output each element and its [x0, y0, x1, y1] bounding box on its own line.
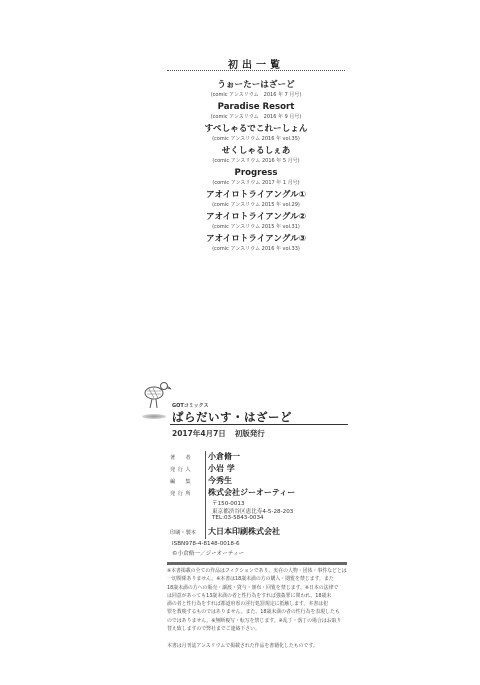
imprint-label: GOTコミックス [172, 402, 209, 409]
publication-date: 2017年4月7日初版発行 [172, 428, 265, 439]
credit-row-publisher-person: 発行人 小岩 学 [170, 463, 350, 475]
title-rule [170, 424, 348, 425]
legal-notice: ※本書掲載の全ての作品はフィクションであり、実在の人物・団体・事件などとは 一切… [167, 567, 349, 633]
toc-entry-title: せくしゃるしぇあ [167, 146, 345, 157]
notice-line: のではありません。※無断複写・転写を禁じます。※乱丁・落丁の場合はお取り [167, 617, 349, 625]
credit-label: 発行人 [170, 466, 202, 473]
credit-label: 印刷・製本 [170, 529, 202, 536]
toc-entry-title: うぉーたーはざーど [167, 80, 345, 91]
credit-row-editor: 編 集 今秀生 [170, 475, 350, 487]
credit-label: 著 者 [170, 454, 202, 461]
dotted-divider [167, 70, 345, 71]
toc-entry-source: (comic アンスリウム 2017 年 1 月号) [167, 179, 345, 187]
credit-row-publisher: 発行所 株式会社ジーオーティー [170, 487, 350, 499]
toc-entry: アオイロトライアングル③ (comic アンスリウム 2016 年 vol.33… [167, 234, 345, 253]
date: 2017年4月7日 [172, 429, 226, 438]
credit-row-author: 著 者 小倉脩一 [170, 451, 350, 463]
toc-entry-title: アオイロトライアングル③ [167, 234, 345, 245]
publication-note: 本書は月刊誌アンスリウムで掲載された作品を書籍化したものです。 [167, 642, 318, 649]
phone: TEL:03-5843-0034 [212, 515, 264, 521]
bird-mascot-icon [142, 380, 172, 410]
credit-value: 小岩 学 [208, 463, 235, 474]
toc-entry-title: すぺしゃるでこれーしょん [167, 124, 345, 135]
toc-entry-source: (comic アンスリウム 2015 年 vol.31) [167, 223, 345, 231]
credit-row-printer: 印刷・製本 大日本印刷株式会社 [170, 526, 350, 538]
toc-entry: アオイロトライアングル② (comic アンスリウム 2015 年 vol.31… [167, 212, 345, 231]
credit-value: 今秀生 [208, 475, 232, 486]
notice-line: 満の者と性行為をすれば都道府県の淫行処罰規定に抵触します。本書は犯 [167, 600, 349, 608]
postal-code: 〒150-0013 [212, 499, 245, 507]
notice-line: ※本書掲載の全ての作品はフィクションであり、実在の人物・団体・事件などとは [167, 567, 349, 575]
credit-value: 小倉脩一 [208, 451, 240, 462]
toc-entry-source: (comic アンスリウム 2016 年 5 月号) [167, 157, 345, 165]
toc-entry: Paradise Resort (comic アンスリウム 2016 年 9 月… [167, 102, 345, 121]
book-title: ぱらだいす・はざーど [172, 409, 292, 425]
toc-entry-title: アオイロトライアングル① [167, 190, 345, 201]
toc-entry: せくしゃるしぇあ (comic アンスリウム 2016 年 5 月号) [167, 146, 345, 165]
toc-entry-source: (comic アンスリウム 2016 年 7 月号) [167, 91, 345, 99]
credit-value: 株式会社ジーオーティー [208, 487, 295, 498]
toc-entry-title: アオイロトライアングル② [167, 212, 345, 223]
toc-entry: アオイロトライアングル① (comic アンスリウム 2015 年 vol.29… [167, 190, 345, 209]
toc-entry-source: (comic アンスリウム 2015 年 vol.29) [167, 201, 345, 209]
toc-entry: Progress (comic アンスリウム 2017 年 1 月号) [167, 168, 345, 187]
toc-entry: うぉーたーはざーど (comic アンスリウム 2016 年 7 月号) [167, 80, 345, 99]
copyright: ©小倉脩一／ジーオーティー [172, 549, 244, 557]
credit-label: 発行所 [170, 490, 202, 497]
notice-line: 18歳未満の方への販売・譲渡・貸与・頒布・回覧を禁じます。※日本の法律で [167, 584, 349, 592]
edition: 初版発行 [235, 429, 265, 438]
toc-entry-title: Progress [167, 168, 345, 179]
address: 東京都渋谷区恵比寿4-5-28-203 [212, 507, 293, 515]
colophon: GOTコミックス ぱらだいす・はざーど 2017年4月7日初版発行 著 者 小倉… [140, 380, 350, 685]
toc-entry-title: Paradise Resort [167, 102, 345, 113]
notice-line: 替え致しますので弊社までご連絡下さい。 [167, 625, 349, 633]
toc-entry-source: (comic アンスリウム 2016 年 vol.33) [167, 245, 345, 253]
toc-entry-source: (comic アンスリウム 2016 年 9 月号) [167, 113, 345, 121]
notice-line: は同意があっても13歳未満の者と性行為をすれば強姦罪に問われ、18歳未 [167, 592, 349, 600]
mascot-shadow [142, 414, 166, 419]
notice-line: 罪を教唆するものではありません。また、18歳未満の者の性行為を表現したも [167, 608, 349, 616]
thick-divider [167, 562, 347, 565]
isbn: ISBN978-4-8148-0018-6 [172, 541, 240, 547]
notice-line: 一切関係ありません。※本書は18歳未満の方の購入・閲覧を禁じます。また [167, 575, 349, 583]
credit-value: 大日本印刷株式会社 [208, 526, 280, 537]
toc-entry: すぺしゃるでこれーしょん (comic アンスリウム 2016 年 vol.35… [167, 124, 345, 143]
toc-entry-source: (comic アンスリウム 2016 年 vol.35) [167, 135, 345, 143]
toc-title: 初出一覧 [167, 56, 345, 71]
credit-label: 編 集 [170, 478, 202, 485]
